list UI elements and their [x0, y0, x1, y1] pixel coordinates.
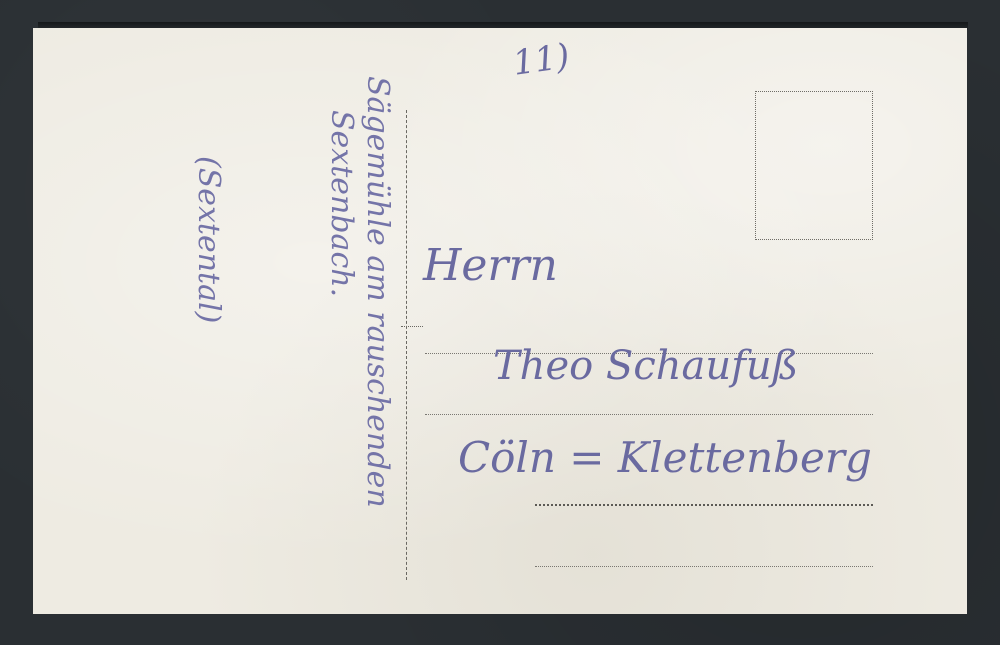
address-city: Cöln = Klettenberg: [458, 433, 872, 482]
address-line-4: [535, 566, 873, 567]
caption-line-2: Sextenbach.: [324, 110, 359, 297]
postcard: 11) Herrn Theo Schaufuß Cöln = Klettenbe…: [33, 28, 967, 614]
center-divider-line: [406, 110, 407, 580]
caption-line-1: Sägemühle am rauschenden: [360, 76, 395, 508]
divider-tick-mark: [401, 326, 423, 327]
address-line-3: [535, 504, 873, 506]
address-name: Theo Schaufuß: [493, 343, 798, 389]
reference-number: 11): [510, 36, 572, 83]
address-salutation: Herrn: [423, 240, 558, 291]
stamp-placeholder-box: [755, 91, 873, 240]
caption-line-3: (Sextental): [191, 156, 226, 323]
address-line-2: [425, 414, 873, 415]
